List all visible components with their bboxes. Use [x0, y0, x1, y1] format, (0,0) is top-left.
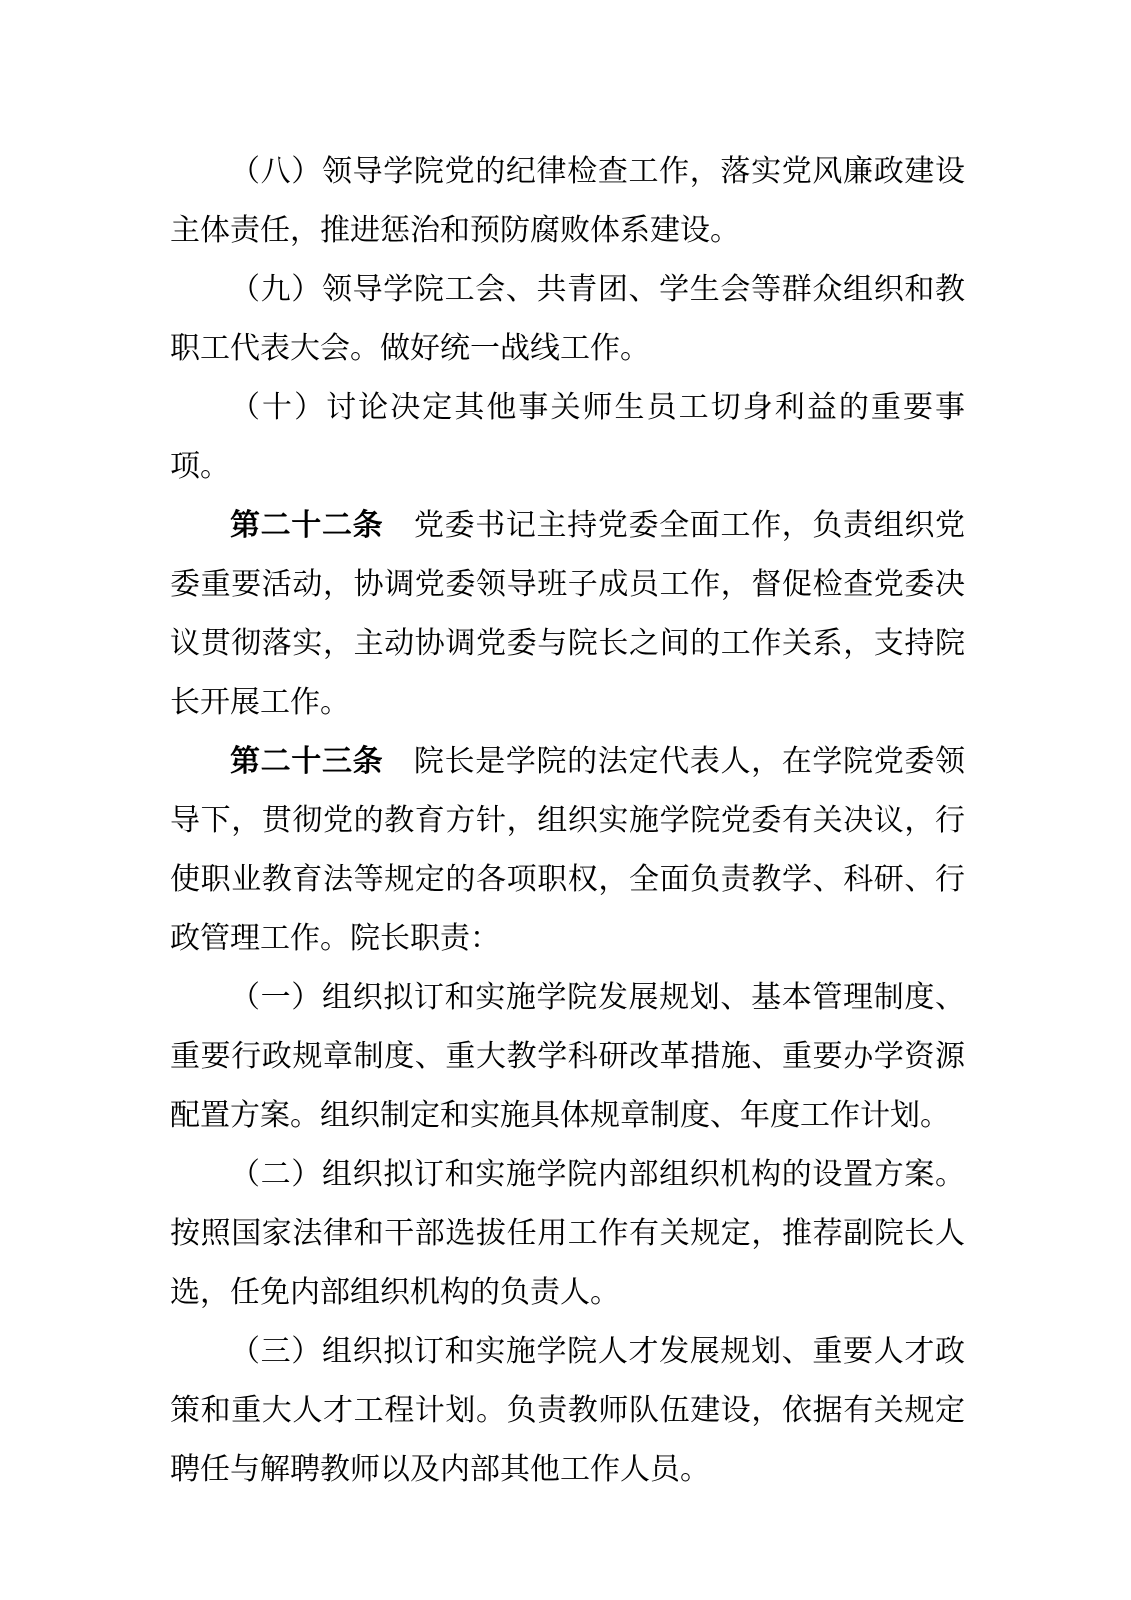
paragraph-item-9: （九）领导学院工会、共青团、学生会等群众组织和教职工代表大会。做好统一战线工作。	[170, 260, 965, 378]
paragraph-text: （一）组织拟订和实施学院发展规划、基本管理制度、重要行政规章制度、重大教学科研改…	[170, 981, 965, 1132]
paragraph-text: （二）组织拟订和实施学院内部组织机构的设置方案。按照国家法律和干部选拔任用工作有…	[170, 1158, 965, 1309]
paragraph-item-3: （三）组织拟订和实施学院人才发展规划、重要人才政策和重大人才工程计划。负责教师队…	[170, 1322, 965, 1499]
document-page: （八）领导学院党的纪律检查工作，落实党风廉政建设主体责任，推进惩治和预防腐败体系…	[0, 0, 1131, 1600]
paragraph-item-10: （十）讨论决定其他事关师生员工切身利益的重要事项。	[170, 378, 965, 496]
article-23-heading: 第二十三条	[230, 745, 383, 778]
paragraph-item-1: （一）组织拟订和实施学院发展规划、基本管理制度、重要行政规章制度、重大教学科研改…	[170, 968, 965, 1145]
paragraph-text: （十）讨论决定其他事关师生员工切身利益的重要事项。	[170, 391, 965, 483]
paragraph-text: （三）组织拟订和实施学院人才发展规划、重要人才政策和重大人才工程计划。负责教师队…	[170, 1335, 965, 1486]
paragraph-article-22: 第二十二条 党委书记主持党委全面工作，负责组织党委重要活动，协调党委领导班子成员…	[170, 496, 965, 732]
paragraph-item-2: （二）组织拟订和实施学院内部组织机构的设置方案。按照国家法律和干部选拔任用工作有…	[170, 1145, 965, 1322]
paragraph-text: （八）领导学院党的纪律检查工作，落实党风廉政建设主体责任，推进惩治和预防腐败体系…	[170, 155, 965, 247]
paragraph-text: （九）领导学院工会、共青团、学生会等群众组织和教职工代表大会。做好统一战线工作。	[170, 273, 965, 365]
document-body: （八）领导学院党的纪律检查工作，落实党风廉政建设主体责任，推进惩治和预防腐败体系…	[170, 142, 965, 1499]
paragraph-article-23: 第二十三条 院长是学院的法定代表人，在学院党委领导下，贯彻党的教育方针，组织实施…	[170, 732, 965, 968]
paragraph-item-8: （八）领导学院党的纪律检查工作，落实党风廉政建设主体责任，推进惩治和预防腐败体系…	[170, 142, 965, 260]
article-22-heading: 第二十二条	[230, 509, 383, 542]
